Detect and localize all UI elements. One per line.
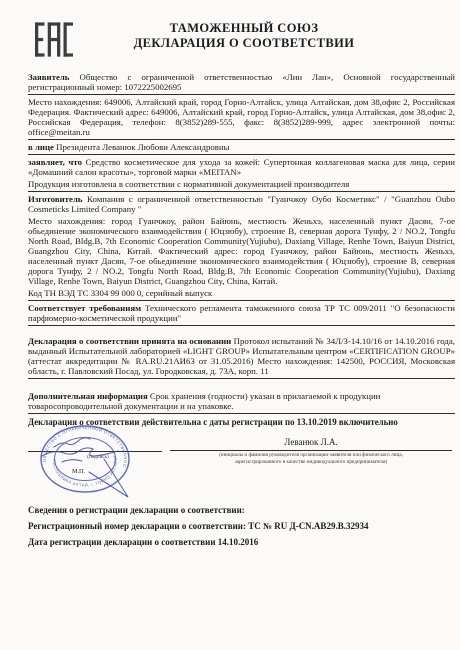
manufacturer-text: Компания с ограниченной ответственностью… bbox=[28, 194, 455, 214]
seal-place-label: М.П. bbox=[72, 468, 85, 475]
applicant-address: Место нахождения: 649006, Алтайский край… bbox=[28, 97, 455, 139]
spacer bbox=[28, 381, 455, 391]
registration-heading: Сведения о регистрации декларации о соот… bbox=[28, 505, 455, 515]
registration-section: Сведения о регистрации декларации о соот… bbox=[28, 505, 455, 547]
signatory-block: Леванюк Л.А. (инициалы и фамилия руковод… bbox=[170, 437, 452, 465]
registration-date-line: Дата регистрации декларации о соответств… bbox=[28, 537, 455, 547]
eac-logo-icon bbox=[35, 22, 73, 58]
applicant-text: Общество с ограниченной ответственностью… bbox=[28, 72, 455, 92]
document-title: ТАМОЖЕННЫЙ СОЮЗ ДЕКЛАРАЦИЯ О СООТВЕТСТВИ… bbox=[73, 21, 455, 51]
additional-info-label: Дополнительная информация bbox=[28, 391, 150, 401]
registration-date-value: 14.10.2016 bbox=[218, 537, 259, 547]
applicant-paragraph: Заявитель Общество с ограниченной ответс… bbox=[28, 72, 455, 94]
signature-caption: (подпись) bbox=[58, 454, 138, 460]
divider bbox=[28, 300, 455, 301]
declaration-document: ТАМОЖЕННЫЙ СОЮЗ ДЕКЛАРАЦИЯ О СООТВЕТСТВИ… bbox=[0, 0, 460, 650]
spacer bbox=[28, 328, 455, 336]
signature-block: (подпись) М.П. Леванюк Л.А. (инициалы и … bbox=[28, 429, 455, 501]
declares-label: заявляет, что bbox=[28, 157, 86, 167]
title-line-1: ТАМОЖЕННЫЙ СОЮЗ bbox=[73, 21, 415, 36]
signature-line bbox=[28, 451, 162, 452]
signatory-line bbox=[170, 450, 452, 451]
compliance-label: Соответствует требованиям bbox=[28, 303, 145, 313]
signatory-name: Леванюк Л.А. bbox=[170, 437, 452, 448]
registration-number-line: Регистрационный номер декларации о соотв… bbox=[28, 521, 455, 531]
registration-number-value: ТС № RU Д-CN.АВ29.В.32934 bbox=[248, 521, 368, 531]
in-person-paragraph: в лице Президента Леванюк Любови Алексан… bbox=[28, 142, 455, 154]
divider bbox=[28, 378, 455, 379]
divider bbox=[28, 325, 455, 326]
basis-paragraph: Декларация о соответствии принята на осн… bbox=[28, 336, 455, 378]
additional-info-paragraph: Дополнительная информация Срок хранения … bbox=[28, 391, 455, 413]
manufacturer-paragraph: Изготовитель Компания с ограниченной отв… bbox=[28, 194, 455, 216]
customs-code-line: Код ТН ВЭД ТС 3304 99 000 0, серийный вы… bbox=[28, 288, 455, 300]
declares-paragraph: заявляет, что Средство косметическое для… bbox=[28, 157, 455, 179]
in-person-label: в лице bbox=[28, 142, 56, 152]
document-header: ТАМОЖЕННЫЙ СОЮЗ ДЕКЛАРАЦИЯ О СООТВЕТСТВИ… bbox=[28, 20, 455, 58]
manufacturer-address: Место нахождения: город Гуанчжоу, район … bbox=[28, 216, 455, 288]
in-person-text: Президента Леванюк Любови Александровны bbox=[56, 142, 229, 152]
compliance-paragraph: Соответствует требованиям Технического р… bbox=[28, 303, 455, 325]
declares-note: Продукция изготовлена в соответствии с н… bbox=[28, 179, 455, 191]
registration-number-label: Регистрационный номер декларации о соотв… bbox=[28, 521, 248, 531]
registration-date-label: Дата регистрации декларации о соответств… bbox=[28, 537, 218, 547]
divider bbox=[28, 139, 455, 140]
applicant-label: Заявитель bbox=[28, 72, 79, 82]
divider bbox=[28, 94, 455, 95]
title-line-2: ДЕКЛАРАЦИЯ О СООТВЕТСТВИИ bbox=[73, 36, 415, 51]
divider bbox=[28, 154, 455, 155]
basis-label: Декларация о соответствии принята на осн… bbox=[28, 336, 234, 346]
manufacturer-label: Изготовитель bbox=[28, 194, 87, 204]
divider bbox=[28, 413, 455, 414]
divider bbox=[28, 191, 455, 192]
signatory-caption-2: зарегистрированного в качестве индивидуа… bbox=[170, 459, 452, 466]
round-stamp: ОБЩЕСТВО С ОГРАНИЧЕННОЙ ОТВЕТСТВЕННОСТЬЮ… bbox=[34, 421, 138, 507]
validity-line: Декларация о соответствии действительна … bbox=[28, 416, 455, 429]
declares-text: Средство косметическое для ухода за коже… bbox=[28, 157, 455, 177]
